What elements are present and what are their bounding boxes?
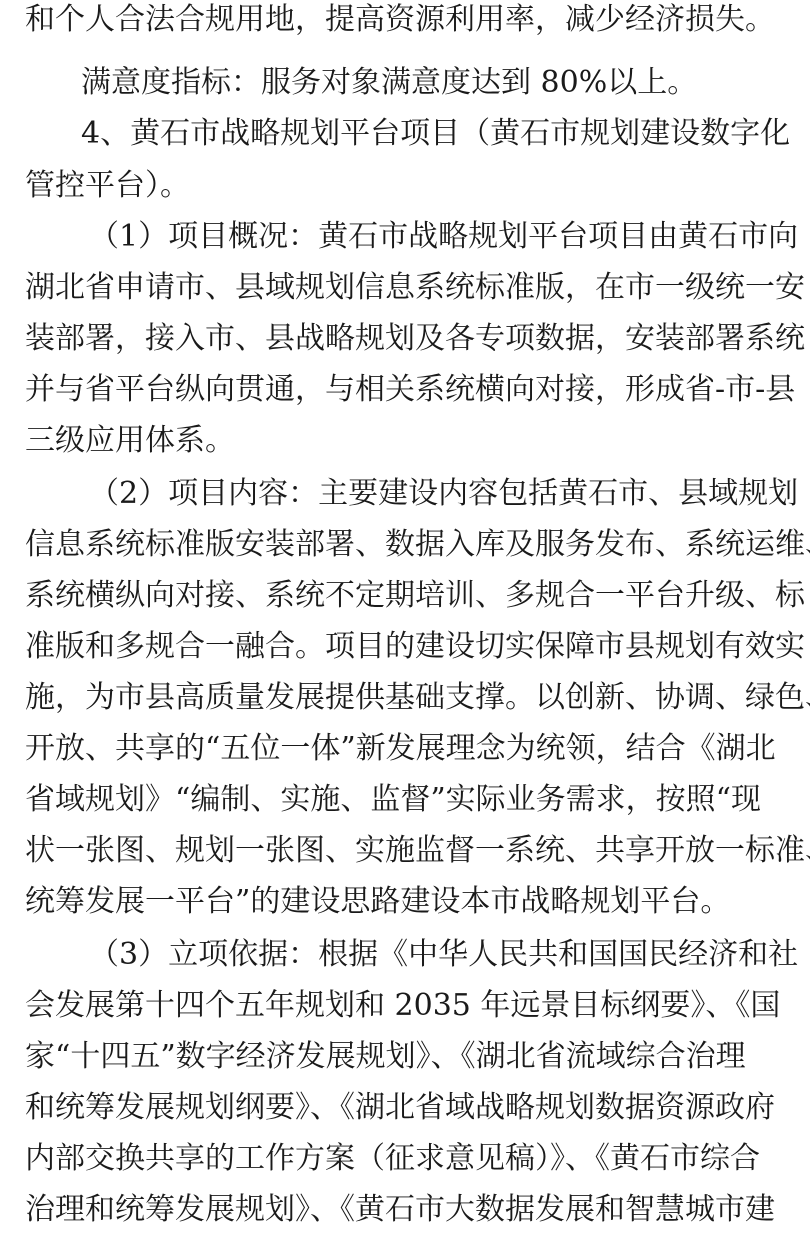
- text-line: 湖北省申请市、县域规划信息系统标准版，在市一级统一安: [25, 262, 805, 314]
- text-line: 并与省平台纵向贯通，与相关系统横向对接，形成省-市-县: [25, 364, 795, 416]
- section-heading: 4、黄石市战略规划平台项目（黄石市规划建设数字化: [81, 108, 790, 160]
- text-line: 和统筹发展规划纲要》、《湖北省域战略规划数据资源政府: [25, 1082, 775, 1134]
- text-line: 管控平台）。: [25, 160, 190, 212]
- text-line: 状一张图、规划一张图、实施监督一系统、共享开放一标准、: [25, 825, 810, 877]
- text-line: 内部交换共享的工作方案（征求意见稿）》、《黄石市综合: [25, 1133, 760, 1185]
- subsection-heading: （3）立项依据：根据《中华人民共和国国民经济和社: [89, 929, 798, 981]
- text-line: 信息系统标准版安装部署、数据入库及服务发布、系统运维、: [25, 519, 810, 571]
- subsection-heading: （2）项目内容：主要建设内容包括黄石市、县域规划: [89, 468, 798, 520]
- text-line: 治理和统筹发展规划》、《黄石市大数据发展和智慧城市建: [25, 1184, 775, 1235]
- text-line: 施，为市县高质量发展提供基础支撑。以创新、协调、绿色、: [25, 672, 810, 724]
- text-line: 省域规划》“编制、实施、监督”实际业务需求，按照“现: [25, 774, 761, 826]
- text-line: 统筹发展一平台”的建设思路建设本市战略规划平台。: [25, 876, 730, 928]
- text-line: 三级应用体系。: [25, 415, 235, 467]
- subsection-heading: （1）项目概况：黄石市战略规划平台项目由黄石市向: [89, 211, 798, 263]
- text-line: 家“十四五”数字经济发展规划》、《湖北省流域综合治理: [25, 1031, 746, 1083]
- text-line: 装部署，接入市、县战略规划及各专项数据，安装部署系统: [25, 313, 805, 365]
- text-line: 准版和多规合一融合。项目的建设切实保障市县规划有效实: [25, 621, 805, 673]
- text-line: 开放、共享的“五位一体”新发展理念为统领，结合《湖北: [25, 723, 776, 775]
- text-line: 系统横纵向对接、系统不定期培训、多规合一平台升级、标: [25, 570, 805, 622]
- text-line: 和个人合法合规用地，提高资源利用率，减少经济损失。: [25, 0, 775, 46]
- text-line: 满意度指标：服务对象满意度达到 80%以上。: [81, 57, 697, 109]
- text-line: 会发展第十四个五年规划和 2035 年远景目标纲要》、《国: [25, 980, 780, 1032]
